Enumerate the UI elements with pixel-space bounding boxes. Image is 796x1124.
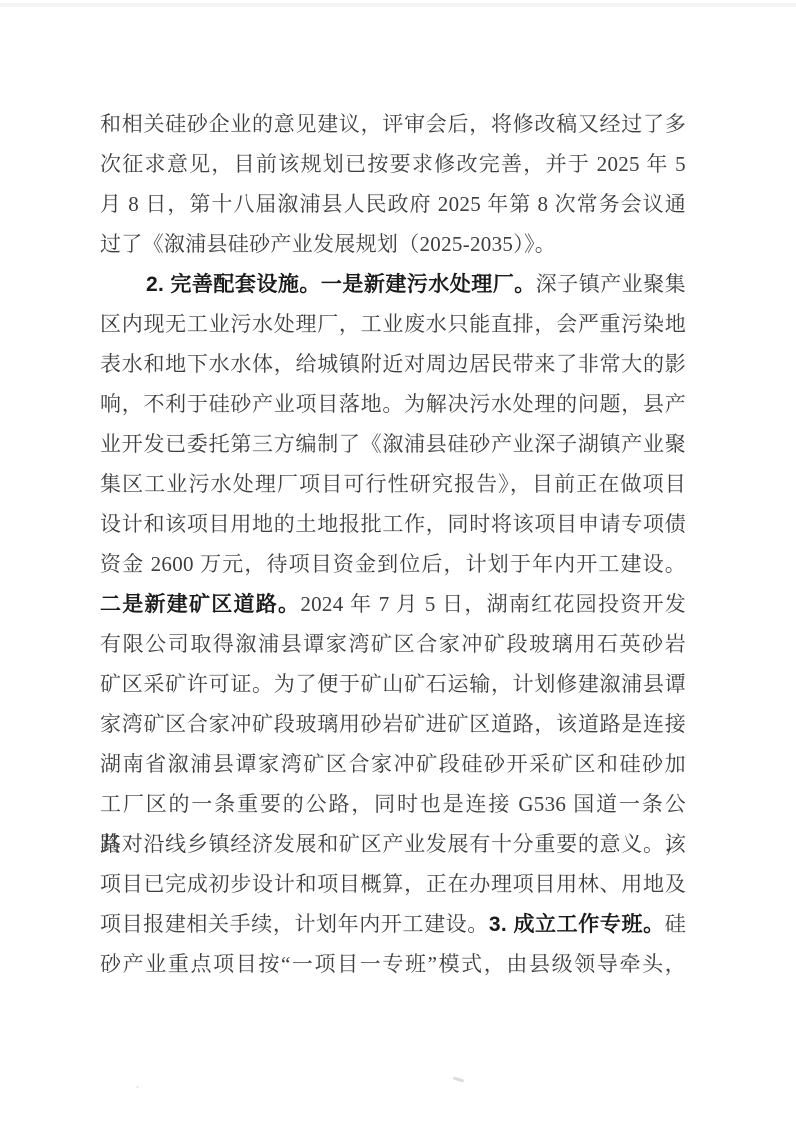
scan-smudge-artifact xyxy=(453,1076,464,1082)
text-segment: 响，不利于硅砂产业项目落地。为解决污水处理的问题，县产 xyxy=(100,392,686,416)
text-line: 2. 完善配套设施。一是新建污水处理厂。深子镇产业聚集 xyxy=(100,264,686,304)
text-line: 集区工业污水处理厂项目可行性研究报告》，目前正在做项目 xyxy=(100,464,686,504)
text-segment: 业开发已委托第三方编制了《溆浦县硅砂产业深子湖镇产业聚 xyxy=(100,432,686,456)
text-line: 区内现无工业污水处理厂，工业废水只能直排，会严重污染地 xyxy=(100,304,686,344)
scan-dot-artifact xyxy=(136,1086,139,1088)
text-line: 二是新建矿区道路。2024 年 7 月 5 日，湖南红花园投资开发 xyxy=(100,584,686,624)
text-line: 其对沿线乡镇经济发展和矿区产业发展有十分重要的意义。该 xyxy=(100,824,686,864)
text-segment: 家湾矿区合家冲矿段玻璃用砂岩矿进矿区道路，该道路是连接 xyxy=(100,712,686,736)
text-segment: 硅 xyxy=(665,912,686,936)
text-line: 响，不利于硅砂产业项目落地。为解决污水处理的问题，县产 xyxy=(100,384,686,424)
text-segment: 有限公司取得溆浦县谭家湾矿区合家冲矿段玻璃用石英砂岩 xyxy=(100,632,686,656)
text-line: 砂产业重点项目按“一项目一专班”模式，由县级领导牵头， xyxy=(100,944,686,984)
text-line: 项目已完成初步设计和项目概算，正在办理项目用林、用地及 xyxy=(100,864,686,904)
text-segment: 表水和地下水水体，给城镇附近对周边居民带来了非常大的影 xyxy=(100,352,686,376)
text-segment: 过了《溆浦县硅砂产业发展规划（2025-2035）》。 xyxy=(100,232,556,256)
document-text-block: 和相关硅砂企业的意见建议，评审会后，将修改稿又经过了多次征求意见，目前该规划已按… xyxy=(100,104,686,984)
text-segment: 深子镇产业聚集 xyxy=(536,272,686,296)
text-segment: 2024 年 7 月 5 日，湖南红花园投资开发 xyxy=(300,592,686,616)
text-line: 家湾矿区合家冲矿段玻璃用砂岩矿进矿区道路，该道路是连接 xyxy=(100,704,686,744)
document-page: 和相关硅砂企业的意见建议，评审会后，将修改稿又经过了多次征求意见，目前该规划已按… xyxy=(0,0,796,1124)
bold-heading-segment: 二是新建矿区道路。 xyxy=(100,593,300,616)
text-segment: 项目已完成初步设计和项目概算，正在办理项目用林、用地及 xyxy=(100,872,686,896)
text-segment: 其对沿线乡镇经济发展和矿区产业发展有十分重要的意义。该 xyxy=(100,832,686,856)
text-line: 资金 2600 万元，待项目资金到位后，计划于年内开工建设。 xyxy=(100,544,686,584)
text-line: 和相关硅砂企业的意见建议，评审会后，将修改稿又经过了多 xyxy=(100,104,686,144)
text-line: 业开发已委托第三方编制了《溆浦县硅砂产业深子湖镇产业聚 xyxy=(100,424,686,464)
text-line: 工厂区的一条重要的公路，同时也是连接 G536 国道一条公路， xyxy=(100,784,686,824)
text-segment: 湖南省溆浦县谭家湾矿区合家冲矿段硅砂开采矿区和硅砂加 xyxy=(100,752,686,776)
text-segment: 区内现无工业污水处理厂，工业废水只能直排，会严重污染地 xyxy=(100,312,686,336)
bold-heading-segment: 3. 成立工作专班。 xyxy=(489,913,665,936)
text-line: 表水和地下水水体，给城镇附近对周边居民带来了非常大的影 xyxy=(100,344,686,384)
text-segment: 资金 2600 万元，待项目资金到位后，计划于年内开工建设。 xyxy=(100,552,686,576)
text-segment: 次征求意见，目前该规划已按要求修改完善，并于 2025 年 5 xyxy=(100,152,686,176)
text-line: 月 8 日，第十八届溆浦县人民政府 2025 年第 8 次常务会议通 xyxy=(100,184,686,224)
text-segment: 砂产业重点项目按“一项目一专班”模式，由县级领导牵头， xyxy=(100,952,686,976)
text-segment: 月 8 日，第十八届溆浦县人民政府 2025 年第 8 次常务会议通 xyxy=(100,192,686,216)
text-segment: 矿区采矿许可证。为了便于矿山矿石运输，计划修建溆浦县谭 xyxy=(100,672,686,696)
text-line: 湖南省溆浦县谭家湾矿区合家冲矿段硅砂开采矿区和硅砂加 xyxy=(100,744,686,784)
text-line: 设计和该项目用地的土地报批工作，同时将该项目申请专项债 xyxy=(100,504,686,544)
text-line: 矿区采矿许可证。为了便于矿山矿石运输，计划修建溆浦县谭 xyxy=(100,664,686,704)
scan-edge-artifact xyxy=(0,3,796,7)
text-line: 次征求意见，目前该规划已按要求修改完善，并于 2025 年 5 xyxy=(100,144,686,184)
text-segment: 项目报建相关手续，计划年内开工建设。 xyxy=(100,912,489,936)
text-segment: 集区工业污水处理厂项目可行性研究报告》，目前正在做项目 xyxy=(100,472,686,496)
text-line: 项目报建相关手续，计划年内开工建设。3. 成立工作专班。硅 xyxy=(100,904,686,944)
text-line: 有限公司取得溆浦县谭家湾矿区合家冲矿段玻璃用石英砂岩 xyxy=(100,624,686,664)
text-line: 过了《溆浦县硅砂产业发展规划（2025-2035）》。 xyxy=(100,224,686,264)
text-segment: 和相关硅砂企业的意见建议，评审会后，将修改稿又经过了多 xyxy=(100,112,686,136)
text-segment: 设计和该项目用地的土地报批工作，同时将该项目申请专项债 xyxy=(100,512,686,536)
bold-heading-segment: 2. 完善配套设施。一是新建污水处理厂。 xyxy=(146,273,536,296)
